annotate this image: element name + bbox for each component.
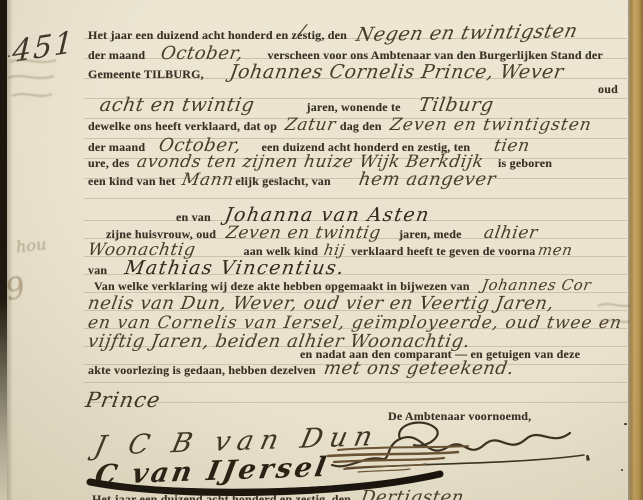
printed-text: elijk geslacht, van (235, 174, 330, 188)
printed-text: zijne huisvrouw, oud (106, 227, 216, 241)
printed-text: Gemeente TILBURG, (88, 67, 204, 81)
margin-act-number: o.451 (2, 30, 76, 65)
printed-text: een kind van het (88, 174, 176, 188)
handwritten-text: men (536, 241, 573, 259)
act-number: 451 (12, 25, 76, 71)
printed-text: verklaard heeft te geven de voorna (351, 244, 535, 258)
handwritten-text: en van Cornelis van Iersel, geïmployeerd… (86, 313, 623, 333)
printed-text: oud (598, 82, 618, 96)
handwritten-text: Dertigsten (359, 487, 465, 500)
printed-text: Van welke verklaring wij deze akte hebbe… (94, 279, 470, 293)
ink-dot (621, 469, 623, 471)
next-act-partial-line: Het jaar een duizend acht honderd en zes… (92, 487, 464, 500)
handwritten-text: Zatur (283, 115, 337, 135)
declarant-signature: Prince (84, 388, 163, 412)
handwritten-text: Mann (180, 170, 235, 190)
birth-act-document-scan: o.451 Het jaar een duizend acht honderd … (0, 0, 643, 500)
act-line: en van Cornelis van Iersel, geïmployeerd… (88, 313, 622, 333)
act-line: akte voorlezing is gedaan, hebben dezelv… (88, 358, 514, 379)
printed-text: jaren, wonende te (307, 100, 401, 114)
handwritten-text: acht en twintig (98, 94, 256, 116)
printed-text: dewelke ons heeft verklaard, dat op (88, 119, 277, 133)
handwritten-text: met ons geteekend. (322, 358, 515, 379)
binding-shadow (7, 0, 13, 500)
handwritten-text: Johannes Cor (480, 276, 592, 294)
act-line: dewelke ons heeft verklaard, dat opZatur… (88, 115, 591, 135)
handwritten-text: nelis van Dun, Wever, oud vier en Veerti… (86, 293, 555, 314)
printed-text: aan welk kind (244, 244, 319, 258)
act-line: een kind van hetMannelijk geslacht, vanh… (88, 169, 496, 190)
book-binding-edge (0, 0, 7, 500)
printed-text: dag den (340, 119, 382, 133)
ink-dot (624, 423, 627, 425)
printed-text: verscheen voor ons Ambtenaar van den Bur… (268, 48, 603, 62)
printed-text: en van (176, 210, 211, 224)
bleed-through-text: hou (15, 234, 47, 256)
printed-text: van (88, 263, 107, 277)
printed-text: Het jaar een duizend acht honderd en zes… (92, 492, 351, 500)
printed-text: akte voorlezing is gedaan, hebben dezelv… (88, 363, 316, 377)
printed-text: ure, des (88, 156, 129, 170)
act-line: oud (598, 80, 618, 98)
act-line: Het jaar een duizend acht honderd en zes… (88, 22, 577, 44)
act-line: Gemeente TILBURG,Johannes Cornelis Princ… (88, 61, 563, 83)
printed-text: is geboren (498, 156, 552, 170)
printed-text: der maand (88, 48, 145, 62)
page-edge-strip (630, 0, 643, 500)
handwritten-text: Johannes Cornelis Prince, Wever (228, 61, 565, 83)
ink-dot (586, 455, 589, 458)
handwritten-text: Zeven en twintigsten (388, 115, 593, 135)
act-line: nelis van Dun, Wever, oud vier en Veerti… (88, 293, 554, 314)
printed-text: jaren, mede (399, 227, 462, 241)
handwritten-text: Tilburg (417, 94, 495, 116)
act-line: acht en twintigjaren, wonende teTilburg (100, 94, 493, 116)
printed-text: Het jaar een duizend acht honderd en zes… (88, 28, 347, 42)
handwritten-text: hem aangever (357, 169, 497, 190)
ruled-line (84, 402, 627, 403)
